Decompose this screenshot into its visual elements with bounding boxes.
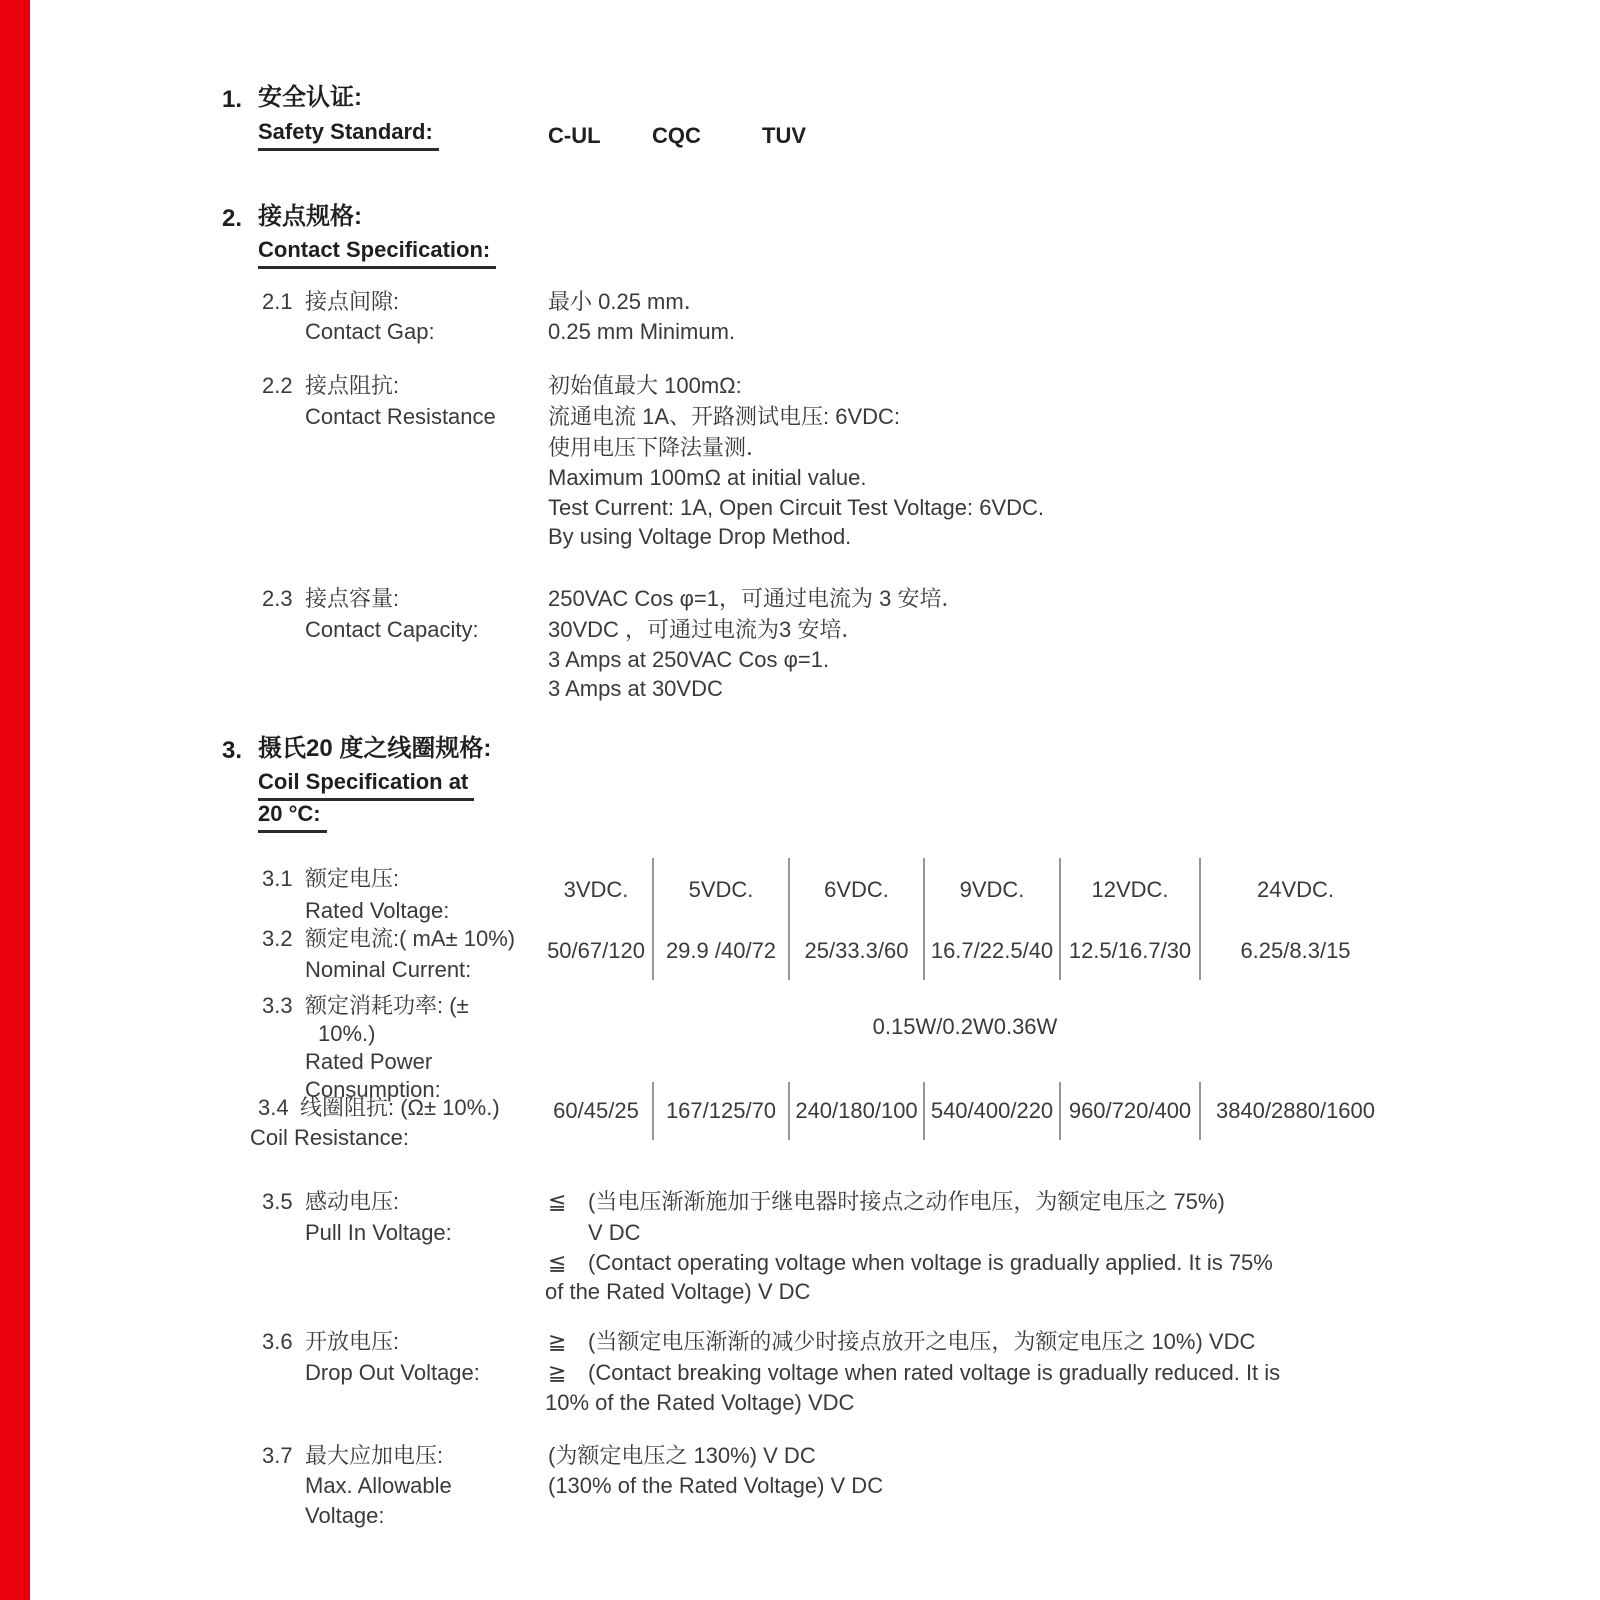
table-value-cell: 29.9 /40/72 bbox=[654, 922, 790, 980]
section1-title-en-wrap: Safety Standard: bbox=[258, 118, 439, 151]
row-3-3-number: 3.3 bbox=[262, 992, 293, 1020]
item-2-1-value-zh: 最小 0.25 mm． bbox=[548, 288, 706, 316]
item-2-2-line5: Test Current: 1A, Open Circuit Test Volt… bbox=[548, 494, 1044, 522]
left-edge-red-bar bbox=[0, 0, 30, 1600]
row-3-5-number: 3.5 bbox=[262, 1188, 293, 1216]
row-3-5-en-line2: of the Rated Voltage) V DC bbox=[545, 1278, 810, 1306]
table-value-cell: 240/180/100 bbox=[790, 1082, 925, 1140]
coil-specification-heading-line2: 20 °C: bbox=[258, 800, 327, 833]
item-2-2-label-zh: 接点阻抗: bbox=[305, 372, 399, 400]
row-3-6-number: 3.6 bbox=[262, 1328, 293, 1356]
item-2-3-line1: 250VAC Cos φ=1，可通过电流为 3 安培． bbox=[548, 585, 963, 613]
section3-number: 3. bbox=[222, 737, 242, 765]
section3-title-zh: 摄氏20 度之线圈规格: bbox=[258, 735, 491, 763]
item-2-2-line1: 初始值最大 100mΩ: bbox=[548, 372, 742, 400]
table-header-cell: 6VDC. bbox=[790, 858, 925, 922]
row-3-2-number: 3.2 bbox=[262, 925, 293, 953]
row-3-1-label-en: Rated Voltage: bbox=[305, 897, 449, 925]
row-3-5-en-line1: (Contact operating voltage when voltage … bbox=[588, 1249, 1273, 1277]
section2-title-en-wrap: Contact Specification: bbox=[258, 236, 496, 269]
row-3-6-label-en: Drop Out Voltage: bbox=[305, 1359, 480, 1387]
coil-specification-heading-line1: Coil Specification at bbox=[258, 768, 474, 801]
row-3-4-number: 3.4 bbox=[258, 1094, 289, 1122]
row-3-7-number: 3.7 bbox=[262, 1442, 293, 1470]
section2-title-zh: 接点规格: bbox=[258, 203, 362, 231]
rated-power-value: 0.15W/0.2W0.36W bbox=[540, 1014, 1390, 1040]
row-3-3-label-zh-line1: 额定消耗功率: (± bbox=[305, 992, 469, 1020]
item-2-1-label-en: Contact Gap: bbox=[305, 318, 435, 346]
section2-number: 2. bbox=[222, 205, 242, 233]
cert-c-ul: C-UL bbox=[548, 122, 601, 150]
item-2-3-label-zh: 接点容量: bbox=[305, 585, 399, 613]
row-3-6-label-zh: 开放电压: bbox=[305, 1328, 399, 1356]
section1-title-zh: 安全认证: bbox=[258, 84, 362, 112]
item-2-2-line4: Maximum 100mΩ at initial value. bbox=[548, 464, 866, 492]
contact-specification-heading: Contact Specification: bbox=[258, 236, 496, 269]
item-2-3-label-en: Contact Capacity: bbox=[305, 616, 479, 644]
safety-standard-heading: Safety Standard: bbox=[258, 118, 439, 151]
section1-number: 1. bbox=[222, 86, 242, 114]
row-3-6-en-line1: (Contact breaking voltage when rated vol… bbox=[588, 1359, 1280, 1387]
table-header-cell: 12VDC. bbox=[1061, 858, 1201, 922]
gte-symbol: ≧ bbox=[548, 1328, 566, 1356]
section3-title-en-line1-wrap: Coil Specification at bbox=[258, 768, 474, 801]
row-3-5-vdc: V DC bbox=[588, 1219, 641, 1247]
row-3-5-zh-line: (当电压渐渐施加于继电器时接点之动作电压，为额定电压之 75%) bbox=[588, 1188, 1225, 1216]
item-2-2-line6: By using Voltage Drop Method. bbox=[548, 523, 851, 551]
section3-title-en-line2-wrap: 20 °C: bbox=[258, 800, 327, 833]
lte-symbol: ≦ bbox=[548, 1249, 566, 1277]
coil-table: 3VDC. 5VDC. 6VDC. 9VDC. 12VDC. 24VDC. 50… bbox=[540, 858, 1390, 980]
table-value-cell: 60/45/25 bbox=[540, 1082, 654, 1140]
table-value-cell: 12.5/16.7/30 bbox=[1061, 922, 1201, 980]
row-3-7-value-en: (130% of the Rated Voltage) V DC bbox=[548, 1472, 883, 1500]
item-2-2-number: 2.2 bbox=[262, 372, 293, 400]
row-3-7-value-zh: (为额定电压之 130%) V DC bbox=[548, 1442, 816, 1470]
cert-cqc: CQC bbox=[652, 122, 701, 150]
row-3-5-label-en: Pull In Voltage: bbox=[305, 1219, 452, 1247]
table-header-cell: 5VDC. bbox=[654, 858, 790, 922]
table-value-cell: 3840/2880/1600 bbox=[1201, 1082, 1390, 1140]
item-2-2-line3: 使用电压下降法量测． bbox=[548, 434, 768, 462]
row-3-6-en-line2: 10% of the Rated Voltage) VDC bbox=[545, 1389, 854, 1417]
gte-symbol: ≧ bbox=[548, 1359, 566, 1387]
table-value-cell: 16.7/22.5/40 bbox=[925, 922, 1061, 980]
table-value-cell: 6.25/8.3/15 bbox=[1201, 922, 1390, 980]
item-2-1-value-en: 0.25 mm Minimum. bbox=[548, 318, 735, 346]
lte-symbol: ≦ bbox=[548, 1188, 566, 1216]
table-header-cell: 9VDC. bbox=[925, 858, 1061, 922]
item-2-1-label-zh: 接点间隙: bbox=[305, 288, 399, 316]
table-value-cell: 167/125/70 bbox=[654, 1082, 790, 1140]
row-3-1-label-zh: 额定电压: bbox=[305, 865, 399, 893]
item-2-3-number: 2.3 bbox=[262, 585, 293, 613]
row-3-6-zh-line: (当额定电压渐渐的减少时接点放开之电压，为额定电压之 10%) VDC bbox=[588, 1328, 1255, 1356]
row-3-2-label-en: Nominal Current: bbox=[305, 956, 471, 984]
item-2-2-line2: 流通电流 1A、开路测试电压: 6VDC: bbox=[548, 403, 900, 431]
item-2-3-line2: 30VDC ，可通过电流为3 安培． bbox=[548, 616, 863, 644]
table-value-cell: 960/720/400 bbox=[1061, 1082, 1201, 1140]
row-3-4-label-zh: 线圈阻抗: (Ω± 10%.) bbox=[300, 1094, 500, 1122]
item-2-3-line4: 3 Amps at 30VDC bbox=[548, 675, 723, 703]
document-page: 1. 安全认证: Safety Standard: C-UL CQC TUV 2… bbox=[0, 0, 1600, 1600]
row-3-7-label-en-line1: Max. Allowable bbox=[305, 1472, 452, 1500]
row-3-7-label-zh: 最大应加电压: bbox=[305, 1442, 443, 1470]
item-2-2-label-en: Contact Resistance bbox=[305, 403, 496, 431]
table-header-cell: 24VDC. bbox=[1201, 858, 1390, 922]
row-3-7-label-en-line2: Voltage: bbox=[305, 1502, 385, 1530]
table-header-cell: 3VDC. bbox=[540, 858, 654, 922]
row-3-2-label-zh: 额定电流:( mA± 10%) bbox=[305, 925, 515, 953]
row-3-3-label-zh-line2: 10%.) bbox=[318, 1020, 375, 1048]
table-value-cell: 50/67/120 bbox=[540, 922, 654, 980]
row-3-5-label-zh: 感动电压: bbox=[305, 1188, 399, 1216]
row-3-1-number: 3.1 bbox=[262, 865, 293, 893]
table-value-cell: 540/400/220 bbox=[925, 1082, 1061, 1140]
cert-tuv: TUV bbox=[762, 122, 806, 150]
row-3-4-label-en: Coil Resistance: bbox=[250, 1124, 409, 1152]
table-value-cell: 25/33.3/60 bbox=[790, 922, 925, 980]
item-2-1-number: 2.1 bbox=[262, 288, 293, 316]
item-2-3-line3: 3 Amps at 250VAC Cos φ=1. bbox=[548, 646, 829, 674]
coil-resistance-row: 60/45/25 167/125/70 240/180/100 540/400/… bbox=[540, 1082, 1390, 1140]
row-3-3-label-en-line1: Rated Power bbox=[305, 1048, 432, 1076]
